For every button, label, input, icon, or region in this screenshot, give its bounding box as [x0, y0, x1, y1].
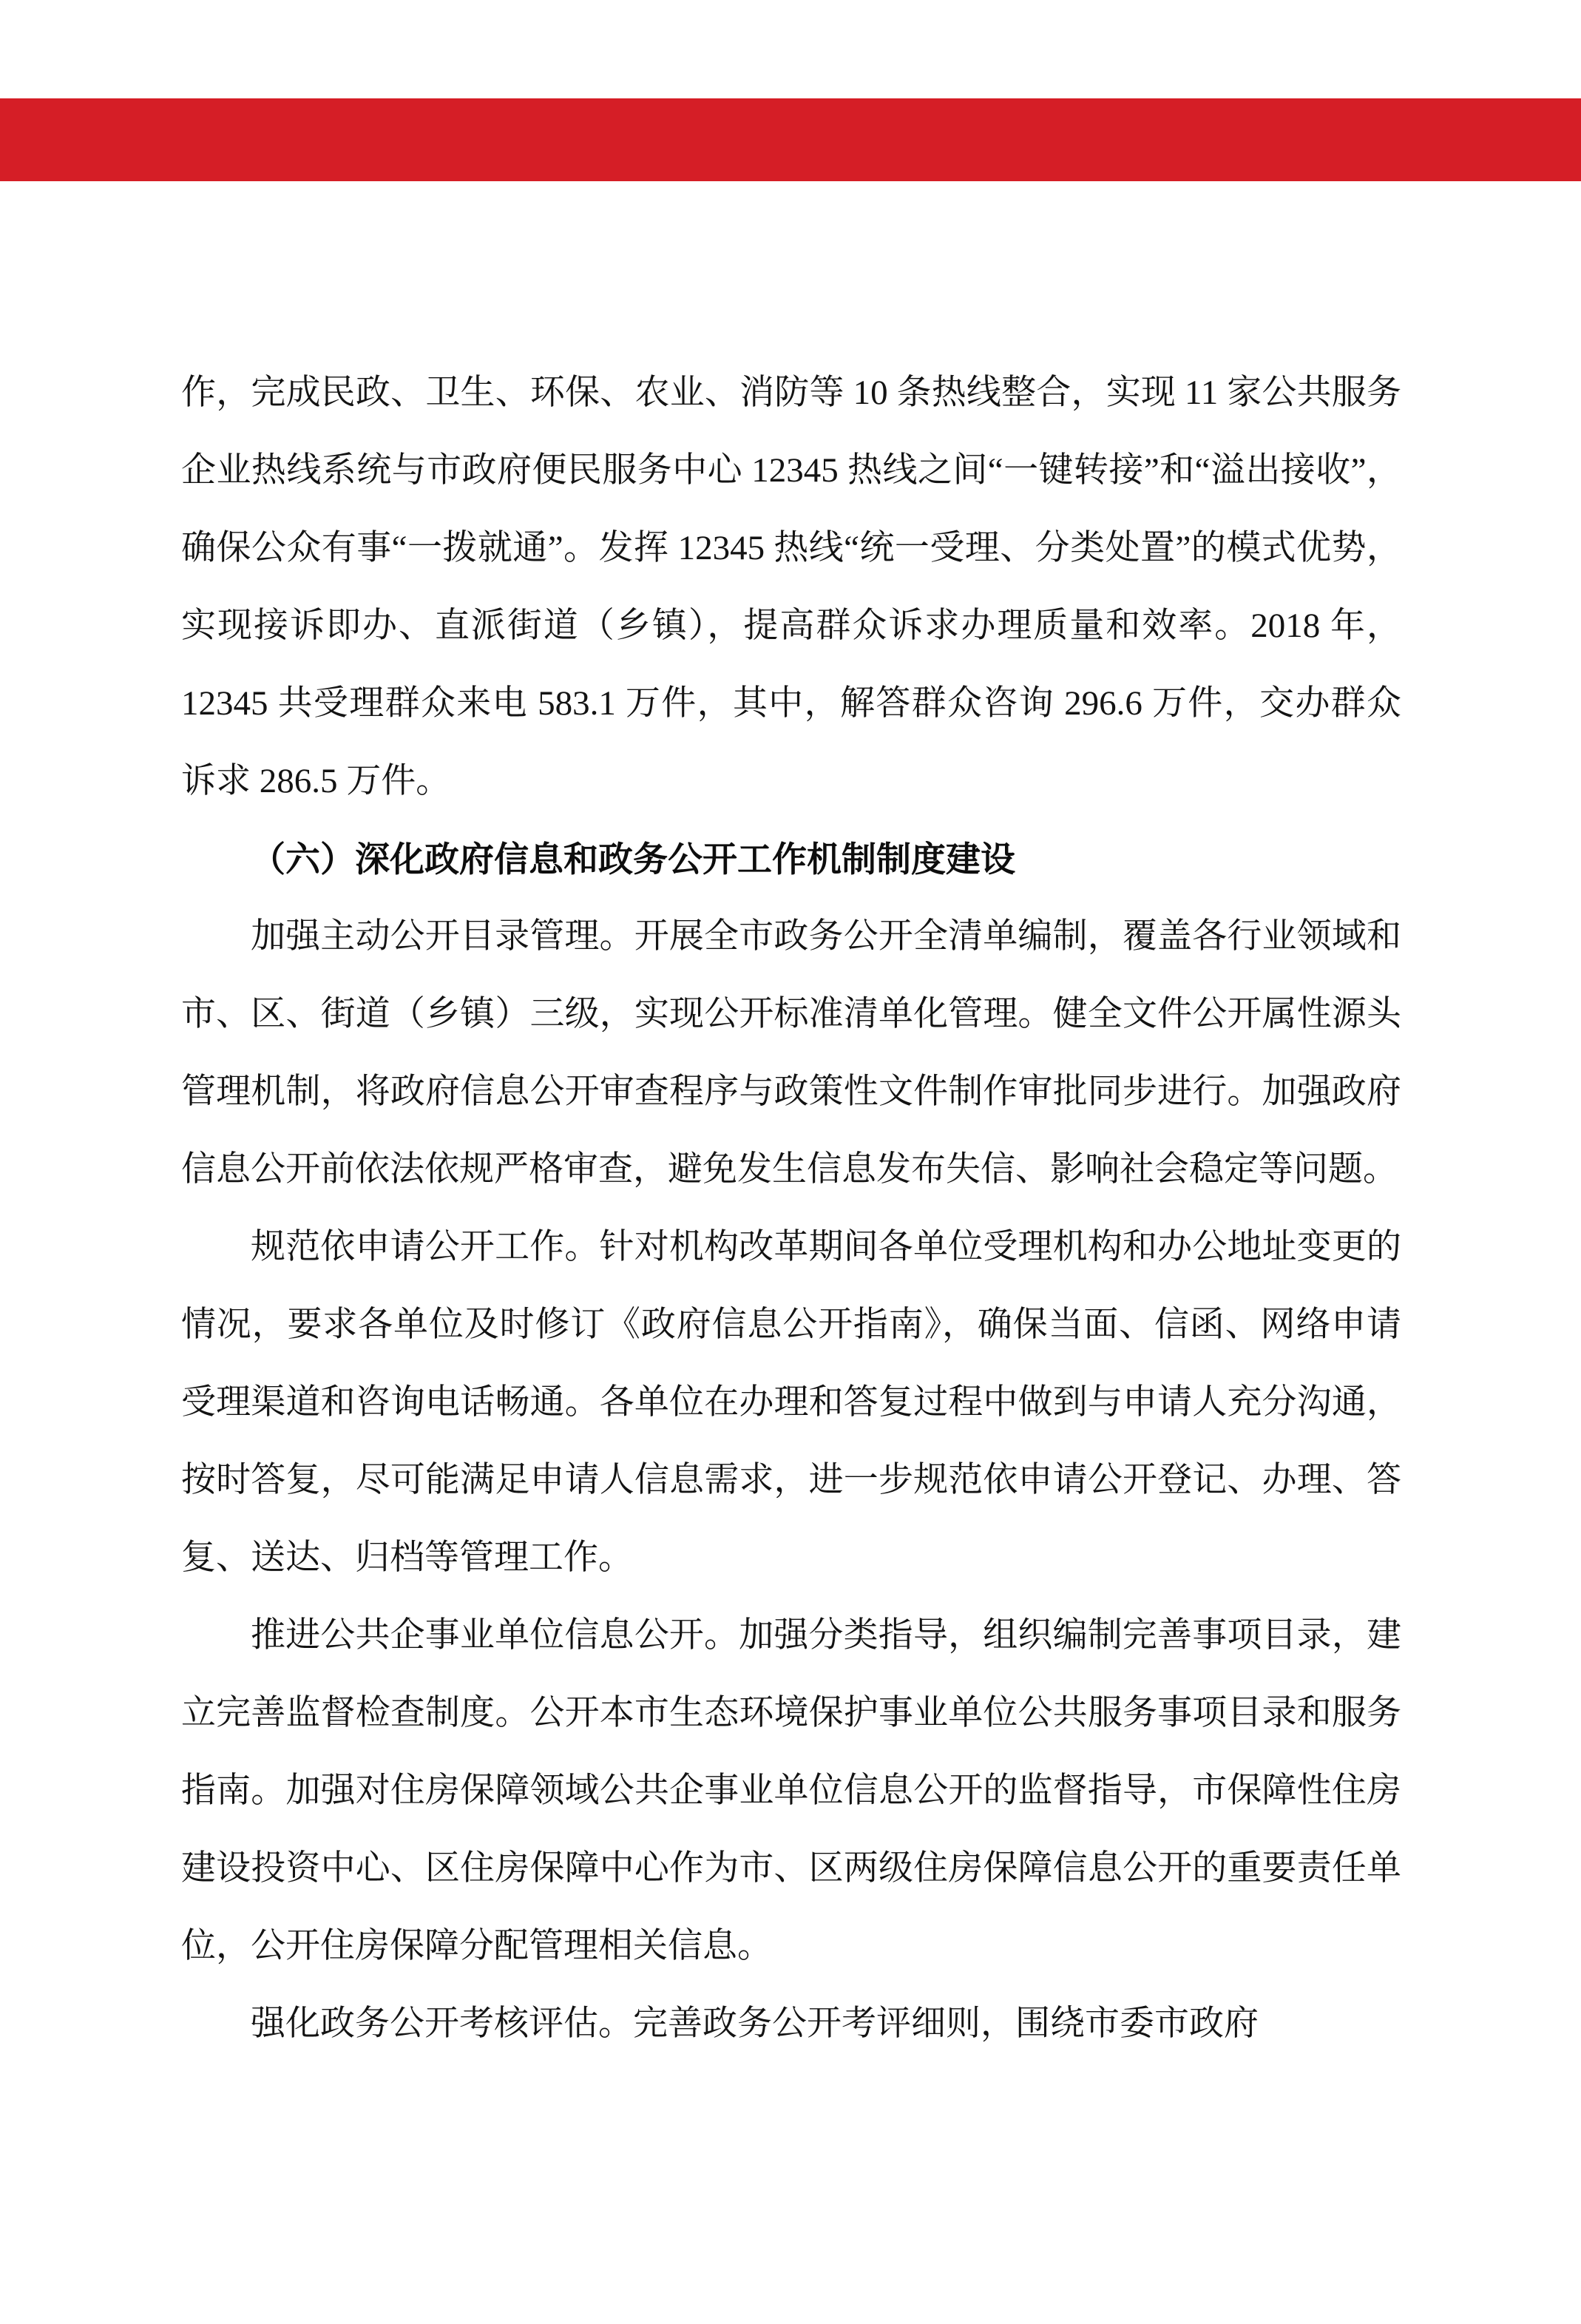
header-title: The 2018 Annual Report on the Informatio… — [919, 209, 1397, 274]
header-title-line2: Disclosure by the Beijing Municipal Gove… — [919, 241, 1397, 274]
document-body: 作，完成民政、卫生、环保、农业、消防等 10 条热线整合，实现 11 家公共服务… — [181, 354, 1401, 2063]
section-heading: （六）深化政府信息和政务公开工作机制制度建设 — [181, 820, 1401, 898]
paragraph-assessment: 强化政务公开考核评估。完善政务公开考评细则，围绕市委市政府 — [181, 1985, 1401, 2063]
paragraph-active-disclosure: 加强主动公开目录管理。开展全市政务公开全清单编制，覆盖各行业领域和市、区、街道（… — [181, 898, 1401, 1209]
header-title-line1: The 2018 Annual Report on the Informatio… — [919, 209, 1397, 241]
header-band: The 2018 Annual Report on the Informatio… — [0, 98, 1581, 181]
paragraph-continuation: 作，完成民政、卫生、环保、农业、消防等 10 条热线整合，实现 11 家公共服务… — [181, 354, 1401, 820]
paragraph-on-request: 规范依申请公开工作。针对机构改革期间各单位受理机构和办公地址变更的情况，要求各单… — [181, 1209, 1401, 1597]
report-page: The 2018 Annual Report on the Informatio… — [0, 0, 1581, 2324]
paragraph-public-enterprises: 推进公共企事业单位信息公开。加强分类指导，组织编制完善事项目录，建立完善监督检查… — [181, 1597, 1401, 1985]
diamond-arrow-logo-icon — [810, 204, 893, 281]
